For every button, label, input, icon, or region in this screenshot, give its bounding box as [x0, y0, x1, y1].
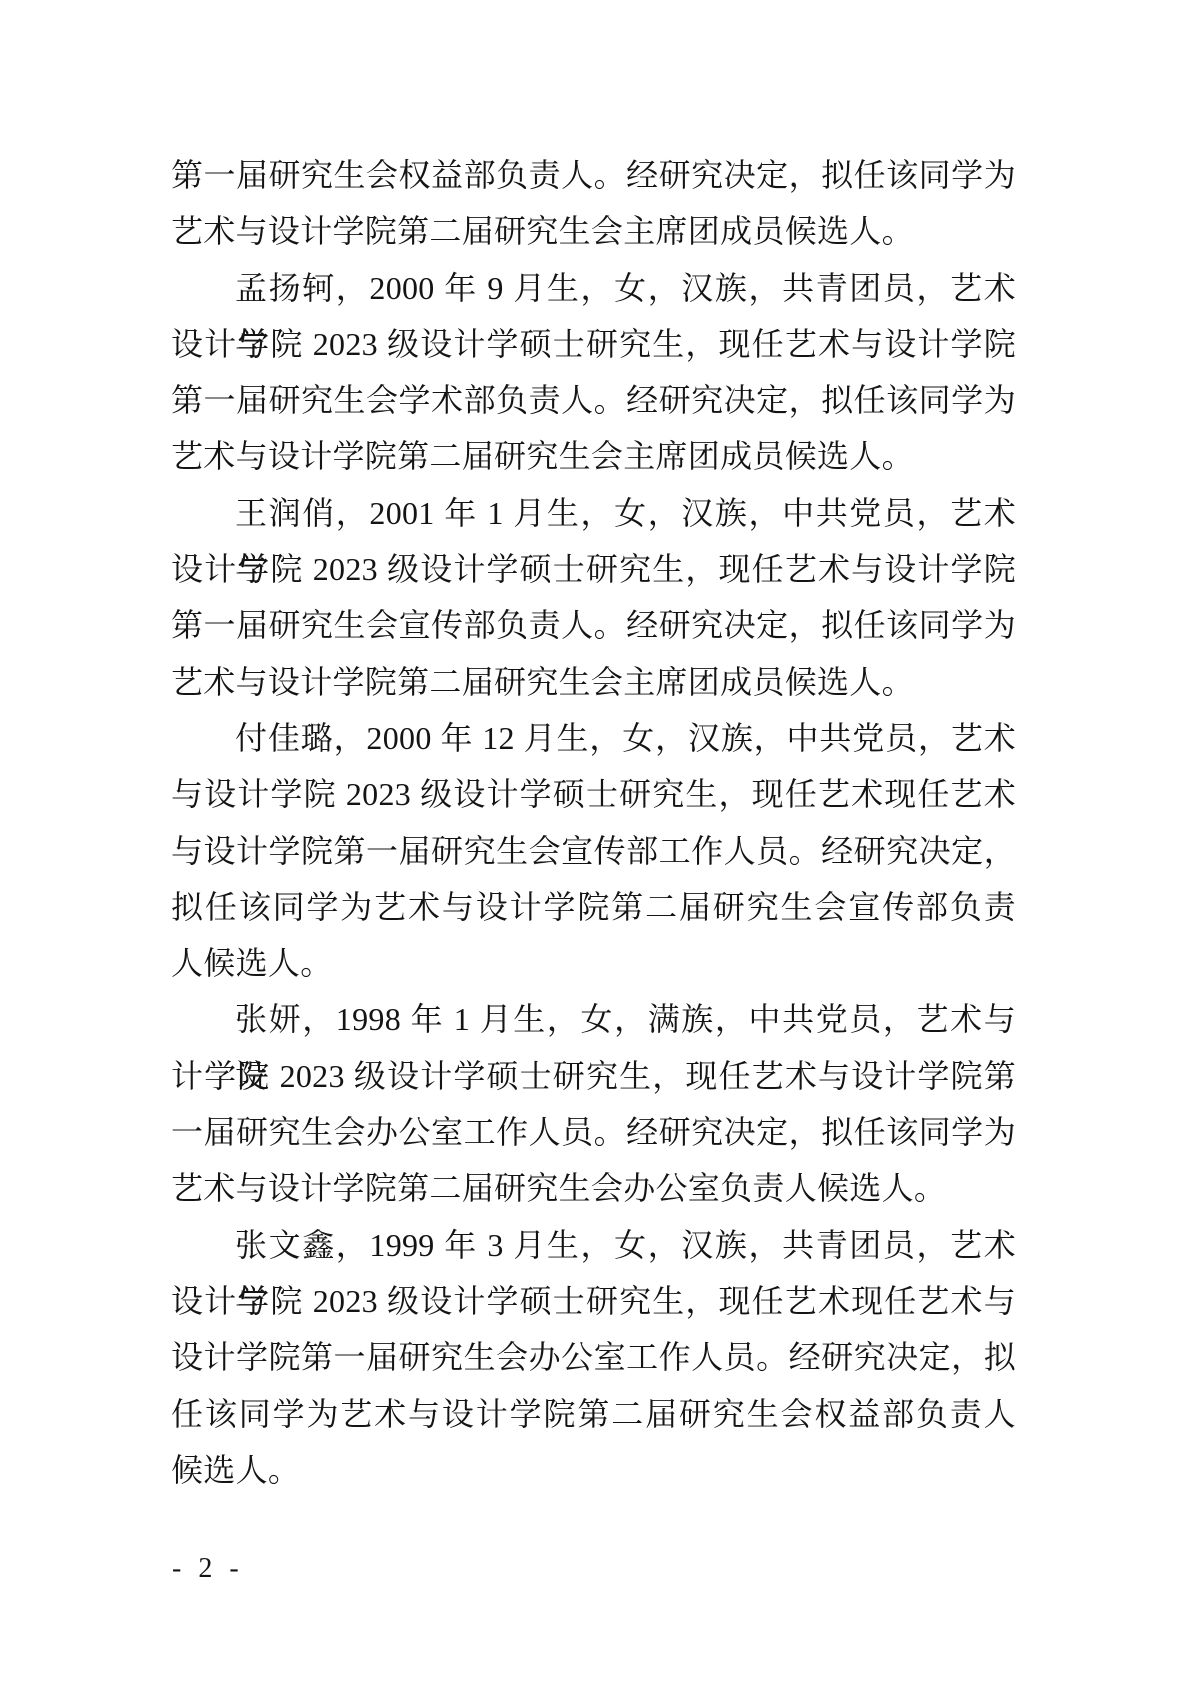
paragraph: 付佳璐，2000 年 12 月生，女，汉族，中共党员，艺术与设计学院 2023 … — [171, 710, 1016, 991]
document-page: 第一届研究生会权益部负责人。经研究决定，拟任该同学为艺术与设计学院第二届研究生会… — [0, 0, 1190, 1683]
text-line: 张妍，1998 年 1 月生，女，满族，中共党员，艺术与设 — [171, 991, 1016, 1047]
paragraph: 孟扬轲，2000 年 9 月生，女，汉族，共青团员，艺术与设计学院 2023 级… — [171, 260, 1016, 485]
text-line: 艺术与设计学院第二届研究生会办公室负责人候选人。 — [171, 1160, 1016, 1216]
text-line: 与设计学院第一届研究生会宣传部工作人员。经研究决定， — [171, 823, 1016, 879]
page-number: - 2 - — [172, 1553, 244, 1585]
text-line: 张文鑫，1999 年 3 月生，女，汉族，共青团员，艺术与 — [171, 1217, 1016, 1273]
text-line: 艺术与设计学院第二届研究生会主席团成员候选人。 — [171, 654, 1016, 710]
document-body: 第一届研究生会权益部负责人。经研究决定，拟任该同学为艺术与设计学院第二届研究生会… — [171, 147, 1016, 1498]
paragraph: 张妍，1998 年 1 月生，女，满族，中共党员，艺术与设计学院 2023 级设… — [171, 991, 1016, 1216]
text-line: 孟扬轲，2000 年 9 月生，女，汉族，共青团员，艺术与 — [171, 260, 1016, 316]
text-line: 设计学院 2023 级设计学硕士研究生，现任艺术与设计学院 — [171, 316, 1016, 372]
text-line: 第一届研究生会权益部负责人。经研究决定，拟任该同学为 — [171, 147, 1016, 203]
text-line: 一届研究生会办公室工作人员。经研究决定，拟任该同学为 — [171, 1104, 1016, 1160]
text-line: 艺术与设计学院第二届研究生会主席团成员候选人。 — [171, 203, 1016, 259]
text-line: 第一届研究生会学术部负责人。经研究决定，拟任该同学为 — [171, 372, 1016, 428]
paragraph: 张文鑫，1999 年 3 月生，女，汉族，共青团员，艺术与设计学院 2023 级… — [171, 1217, 1016, 1498]
text-line: 任该同学为艺术与设计学院第二届研究生会权益部负责人 — [171, 1386, 1016, 1442]
paragraph: 王润俏，2001 年 1 月生，女，汉族，中共党员，艺术与设计学院 2023 级… — [171, 485, 1016, 710]
text-line: 设计学院第一届研究生会办公室工作人员。经研究决定，拟 — [171, 1329, 1016, 1385]
text-line: 候选人。 — [171, 1442, 1016, 1498]
text-line: 与设计学院 2023 级设计学硕士研究生，现任艺术现任艺术 — [171, 766, 1016, 822]
paragraph: 第一届研究生会权益部负责人。经研究决定，拟任该同学为艺术与设计学院第二届研究生会… — [171, 147, 1016, 260]
text-line: 付佳璐，2000 年 12 月生，女，汉族，中共党员，艺术 — [171, 710, 1016, 766]
text-line: 人候选人。 — [171, 935, 1016, 991]
text-line: 第一届研究生会宣传部负责人。经研究决定，拟任该同学为 — [171, 597, 1016, 653]
text-line: 王润俏，2001 年 1 月生，女，汉族，中共党员，艺术与 — [171, 485, 1016, 541]
text-line: 设计学院 2023 级设计学硕士研究生，现任艺术与设计学院 — [171, 541, 1016, 597]
text-line: 拟任该同学为艺术与设计学院第二届研究生会宣传部负责 — [171, 879, 1016, 935]
text-line: 计学院 2023 级设计学硕士研究生，现任艺术与设计学院第 — [171, 1048, 1016, 1104]
text-line: 艺术与设计学院第二届研究生会主席团成员候选人。 — [171, 428, 1016, 484]
text-line: 设计学院 2023 级设计学硕士研究生，现任艺术现任艺术与 — [171, 1273, 1016, 1329]
